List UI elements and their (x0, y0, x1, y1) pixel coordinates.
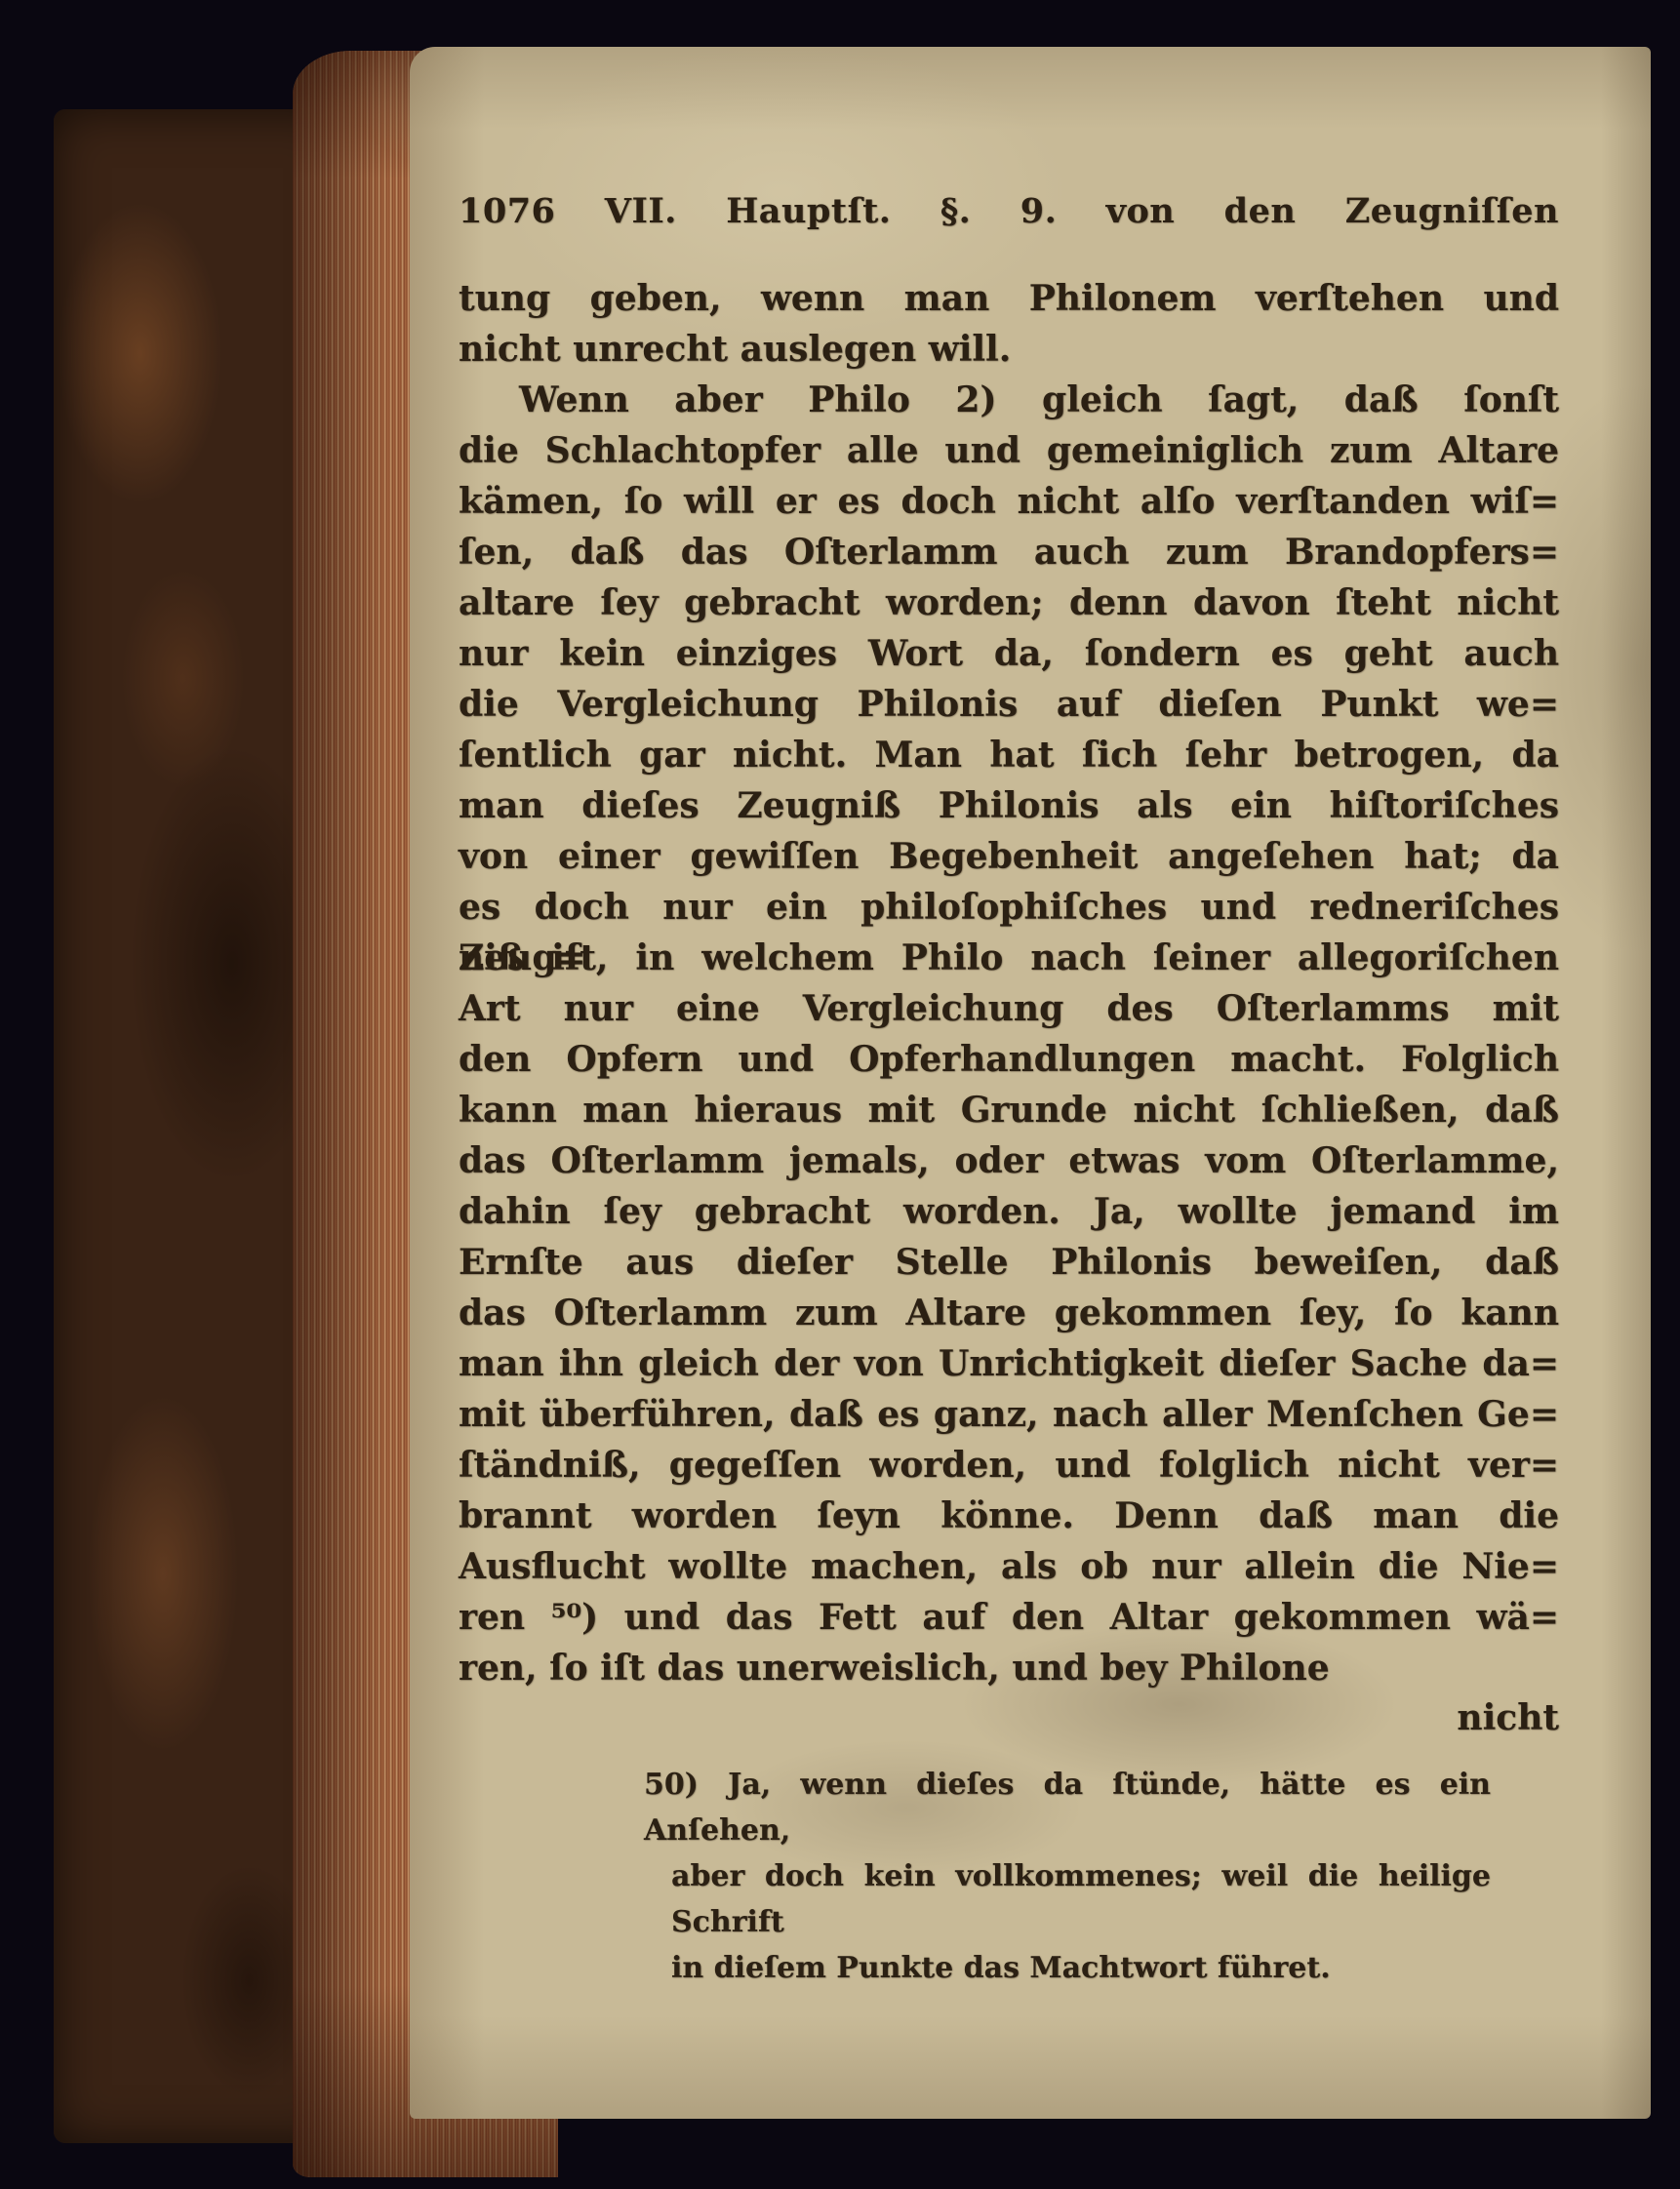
text-line: von einer gewiſſen Begebenheit angeſehen… (459, 831, 1559, 882)
text-line: es doch nur ein philoſophiſches und redn… (459, 882, 1559, 933)
text-line: das Oſterlamm jemals, oder etwas vom Oſt… (459, 1135, 1559, 1186)
text-line: den Opfern und Opferhandlungen macht. Fo… (459, 1034, 1559, 1085)
text-line: man dieſes Zeugniß Philonis als ein hiſt… (459, 780, 1559, 831)
photo-background: 1076 VII. Hauptſt. §. 9. von den Zeugniſ… (0, 0, 1680, 2189)
page-header: 1076 VII. Hauptſt. §. 9. von den Zeugniſ… (459, 191, 1559, 231)
text-line: ſentlich gar nicht. Man hat ſich ſehr be… (459, 730, 1559, 780)
text-line: Ausflucht wollte machen, als ob nur alle… (459, 1541, 1559, 1592)
text-line: ren ⁵⁰) und das Fett auf den Altar gekom… (459, 1592, 1559, 1643)
text-line: altare ſey gebracht worden; denn davon ſ… (459, 577, 1559, 628)
text-line: nicht unrecht auslegen will. (459, 324, 1559, 375)
footnote-line: in dieſem Punkte das Machtwort führet. (644, 1945, 1491, 1991)
footnote-line: aber doch kein vollkommenes; weil die he… (644, 1853, 1491, 1945)
text-line: ren, ſo iſt das unerweislich, und bey Ph… (459, 1643, 1559, 1693)
text-line: die Schlachtopfer alle und gemeiniglich … (459, 425, 1559, 476)
text-line: ſen, daß das Oſterlamm auch zum Brandopf… (459, 527, 1559, 577)
text-line: ſtändniß, gegeſſen worden, und folglich … (459, 1440, 1559, 1491)
text-line: tung geben, wenn man Philonem verſtehen … (459, 273, 1559, 324)
book-page: 1076 VII. Hauptſt. §. 9. von den Zeugniſ… (410, 47, 1651, 2119)
text-line: kann man hieraus mit Grunde nicht ſchlie… (459, 1085, 1559, 1135)
text-line: niß iſt, in welchem Philo nach ſeiner al… (459, 933, 1559, 983)
page-text: tung geben, wenn man Philonem verſtehen … (459, 273, 1559, 1693)
text-line: brannt worden ſeyn könne. Denn daß man d… (459, 1491, 1559, 1541)
text-line: mit überführen, daß es ganz, nach aller … (459, 1389, 1559, 1440)
text-line: Ernſte aus dieſer Stelle Philonis beweiſ… (459, 1237, 1559, 1288)
catchword: nicht (459, 1697, 1559, 1738)
text-line: kämen, ſo will er es doch nicht alſo ver… (459, 476, 1559, 527)
footnote: 50) Ja, wenn dieſes da ſtünde, hätte es … (644, 1762, 1491, 1991)
text-line: die Vergleichung Philonis auf dieſen Pun… (459, 679, 1559, 730)
footnote-line: 50) Ja, wenn dieſes da ſtünde, hätte es … (644, 1762, 1491, 1853)
text-line: nur kein einziges Wort da, ſondern es ge… (459, 628, 1559, 679)
text-line: dahin ſey gebracht worden. Ja, wollte je… (459, 1186, 1559, 1237)
text-line: man ihn gleich der von Unrichtigkeit die… (459, 1338, 1559, 1389)
text-line: Wenn aber Philo 2) gleich ſagt, daß ſonſ… (459, 375, 1559, 425)
text-line: das Oſterlamm zum Altare gekommen ſey, ſ… (459, 1288, 1559, 1338)
text-line: Art nur eine Vergleichung des Oſterlamms… (459, 983, 1559, 1034)
